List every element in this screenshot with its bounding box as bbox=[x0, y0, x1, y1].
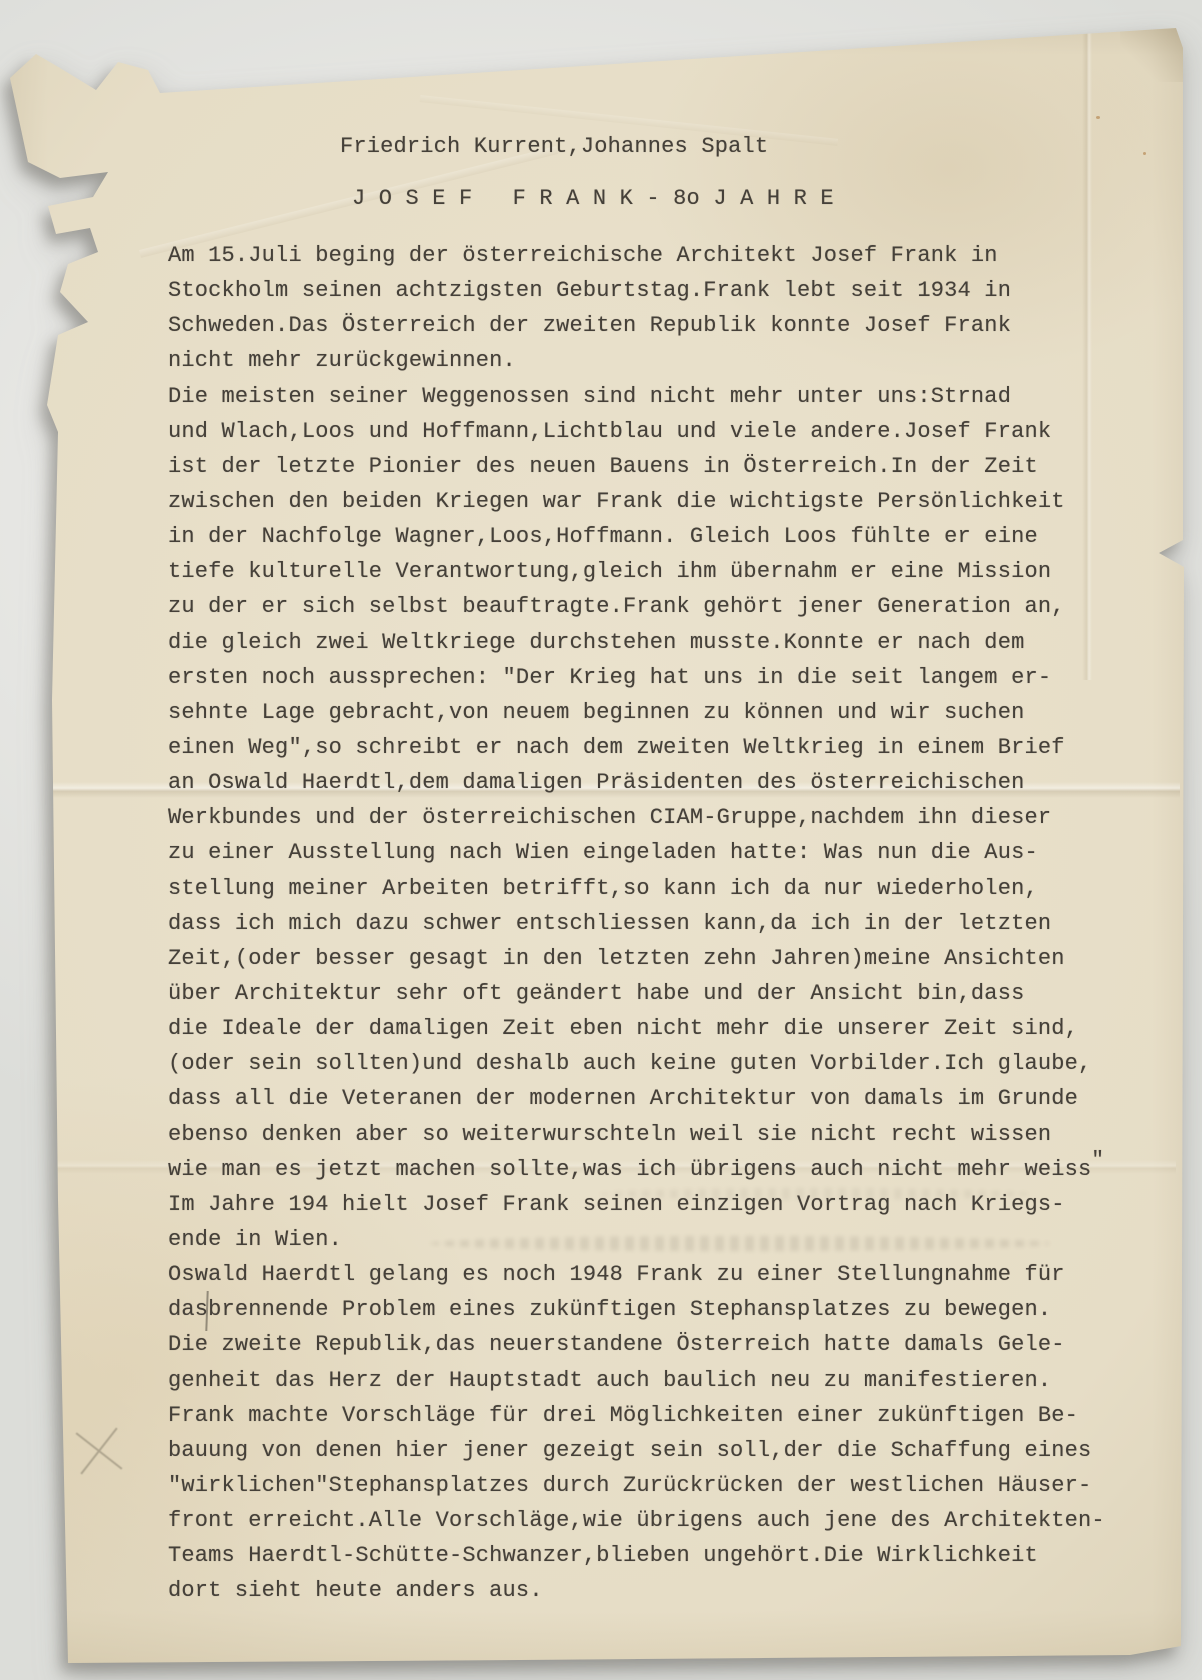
typed-line: Stockholm seinen achtzigsten Geburtstag.… bbox=[168, 273, 1105, 308]
typed-line: die gleich zwei Weltkriege durchstehen m… bbox=[168, 625, 1105, 660]
pencil-stroke bbox=[80, 1428, 117, 1475]
typed-line: einen Weg",so schreibt er nach dem zweit… bbox=[168, 730, 1105, 765]
typed-line: an Oswald Haerdtl,dem damaligen Präsiden… bbox=[168, 765, 1105, 800]
typed-line: Schweden.Das Österreich der zweiten Repu… bbox=[168, 308, 1105, 343]
typed-line: Frank machte Vorschläge für drei Möglich… bbox=[168, 1398, 1105, 1433]
typed-line: ersten noch aussprechen: "Der Krieg hat … bbox=[168, 660, 1105, 695]
typed-line: Im Jahre 194 hielt Josef Frank seinen ei… bbox=[168, 1187, 1105, 1222]
typed-line: ebenso denken aber so weiterwurschteln w… bbox=[168, 1117, 1105, 1152]
typed-line: tiefe kulturelle Verantwortung,gleich ih… bbox=[168, 554, 1105, 589]
typed-line: die Ideale der damaligen Zeit eben nicht… bbox=[168, 1011, 1105, 1046]
typed-line: Oswald Haerdtl gelang es noch 1948 Frank… bbox=[168, 1257, 1105, 1292]
typed-line: wie man es jetzt machen sollte,was ich ü… bbox=[168, 1152, 1105, 1187]
typed-line: Die meisten seiner Weggenossen sind nich… bbox=[168, 379, 1105, 414]
typed-line: dasbrennende Problem eines zukünftigen S… bbox=[168, 1292, 1105, 1327]
paper-stain-speck bbox=[1096, 116, 1100, 119]
typewritten-body: Am 15.Juli beging der österreichische Ar… bbox=[168, 238, 1105, 1608]
typed-line: Die zweite Republik,das neuerstandene Ös… bbox=[168, 1327, 1105, 1362]
typed-line: dass ich mich dazu schwer entschliessen … bbox=[168, 906, 1105, 941]
pencil-x-mark bbox=[62, 1420, 132, 1486]
paper-stain-speck bbox=[1143, 152, 1146, 155]
typed-line: Werkbundes und der österreichischen CIAM… bbox=[168, 800, 1105, 835]
typed-line: Teams Haerdtl-Schütte-Schwanzer,blieben … bbox=[168, 1538, 1105, 1573]
paper-sheet: Friedrich Kurrent,Johannes Spalt J O S E… bbox=[0, 0, 1202, 1680]
typed-line: dass all die Veteranen der modernen Arch… bbox=[168, 1081, 1105, 1116]
typed-line: zwischen den beiden Kriegen war Frank di… bbox=[168, 484, 1105, 519]
typed-line: genheit das Herz der Hauptstadt auch bau… bbox=[168, 1363, 1105, 1398]
typed-line: zu einer Ausstellung nach Wien eingelade… bbox=[168, 835, 1105, 870]
typed-line: sehnte Lage gebracht,von neuem beginnen … bbox=[168, 695, 1105, 730]
paper-surface: Friedrich Kurrent,Johannes Spalt J O S E… bbox=[0, 0, 1202, 1680]
typed-line: bauung von denen hier jener gezeigt sein… bbox=[168, 1433, 1105, 1468]
typed-line: (oder sein sollten)und deshalb auch kein… bbox=[168, 1046, 1105, 1081]
authors-line: Friedrich Kurrent,Johannes Spalt bbox=[340, 134, 768, 159]
raised-quote-mark: " bbox=[1091, 1149, 1104, 1172]
document-title: J O S E F F R A N K - 8o J A H R E bbox=[352, 186, 834, 211]
typed-line: Am 15.Juli beging der österreichische Ar… bbox=[168, 238, 1105, 273]
typed-line: stellung meiner Arbeiten betrifft,so kan… bbox=[168, 871, 1105, 906]
typed-line: Zeit,(oder besser gesagt in den letzten … bbox=[168, 941, 1105, 976]
desk-background: Friedrich Kurrent,Johannes Spalt J O S E… bbox=[0, 0, 1202, 1680]
typed-line: zu der er sich selbst beauftragte.Frank … bbox=[168, 589, 1105, 624]
typed-line: über Architektur sehr oft geändert habe … bbox=[168, 976, 1105, 1011]
typed-line: dort sieht heute anders aus. bbox=[168, 1573, 1105, 1608]
typed-line: in der Nachfolge Wagner,Loos,Hoffmann. G… bbox=[168, 519, 1105, 554]
typed-line: ende in Wien. bbox=[168, 1222, 1105, 1257]
typed-line: front erreicht.Alle Vorschläge,wie übrig… bbox=[168, 1503, 1105, 1538]
typed-line: "wirklichen"Stephansplatzes durch Zurück… bbox=[168, 1468, 1105, 1503]
typed-line: nicht mehr zurückgewinnen. bbox=[168, 343, 1105, 378]
dog-ear-corner bbox=[1120, 26, 1184, 82]
typed-line: und Wlach,Loos und Hoffmann,Lichtblau un… bbox=[168, 414, 1105, 449]
typed-line: ist der letzte Pionier des neuen Bauens … bbox=[168, 449, 1105, 484]
